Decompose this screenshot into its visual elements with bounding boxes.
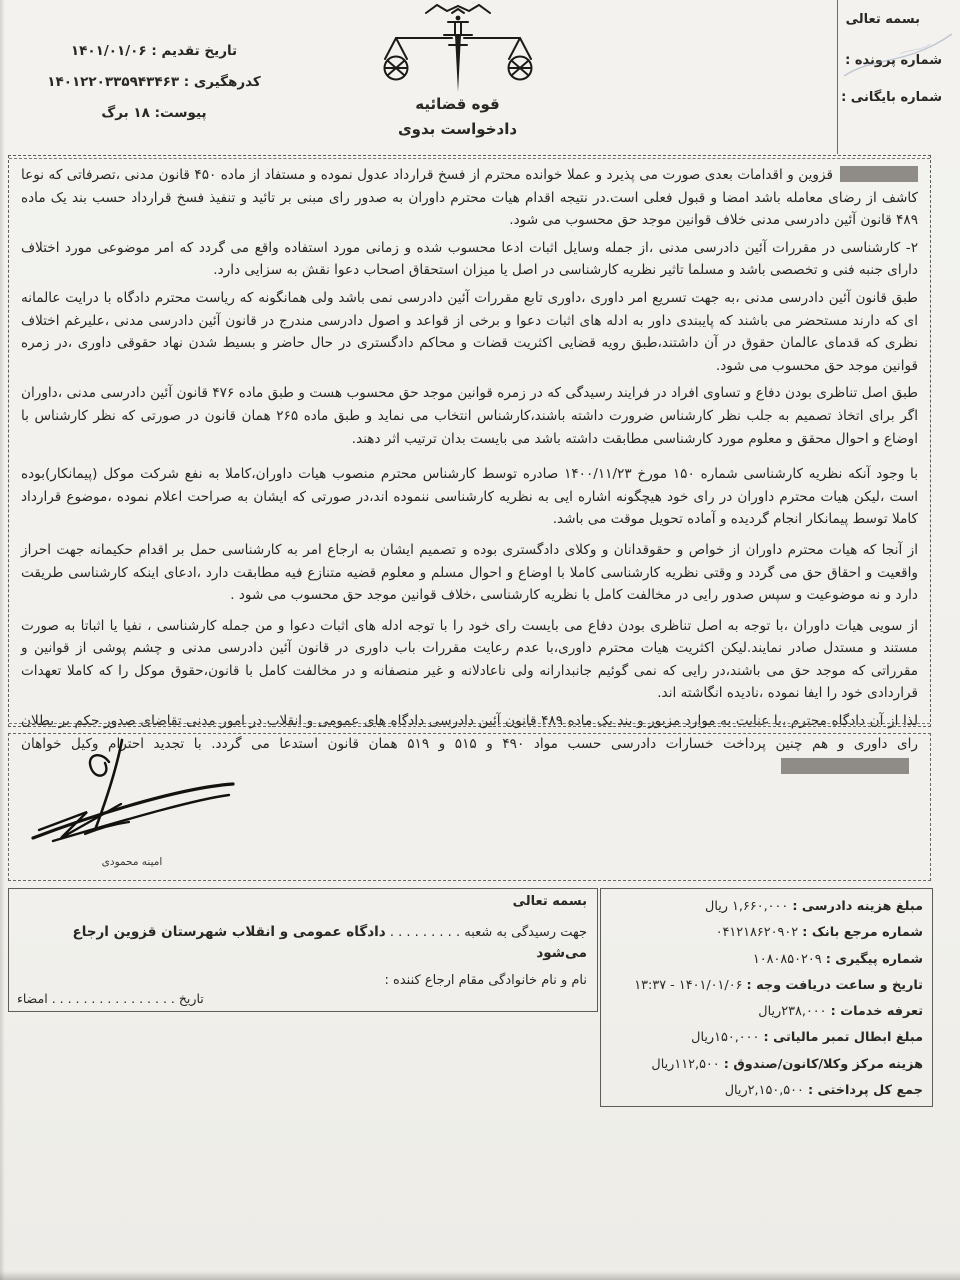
body-paragraph-text: طبق قانون آئین دادرسی مدنی ،به جهت تسریع…	[21, 290, 918, 374]
bismillah-text: بسمه تعالی	[838, 0, 960, 27]
fee-row: تعرفه خدمات : ۲۳۸,۰۰۰ریال	[607, 999, 923, 1025]
body-paragraph-text: از آنجا که هیات محترم داوران از خواص و ح…	[21, 542, 918, 603]
fee-label: مبلغ هزینه دادرسی :	[792, 899, 923, 914]
referral-prefix: جهت رسیدگی به شعبه	[464, 925, 587, 940]
signature-box: امینه محمودی	[8, 733, 931, 881]
submission-date: تاریخ تقدیم : ۱۴۰۱/۰۱/۰۶	[8, 36, 300, 67]
fee-label: مبلغ ابطال تمبر مالیاتی :	[764, 1030, 924, 1045]
date-label: تاریخ	[179, 991, 204, 1006]
fee-label: تاریخ و ساعت دریافت وجه :	[747, 978, 923, 993]
fee-value: ۲۳۸,۰۰۰ریال	[758, 1004, 826, 1019]
body-paragraph-text: با وجود آنکه نظریه کارشناسی شماره ۱۵۰ مو…	[21, 466, 918, 527]
fee-value: ۱۰۸۰۸۵۰۲۰۹	[753, 952, 822, 967]
body-paragraph-text: ۲- کارشناسی در مقررات آئین دادرسی مدنی ،…	[21, 240, 918, 279]
fee-row: شماره مرجع بانک : ۰۴۱۲۱۸۶۲۰۹۰۲	[607, 920, 923, 946]
header-center: قوه قضائیه دادخواست بدوی	[365, 0, 550, 138]
petition-body-box: قزوین و اقدامات بعدی صورت می پذیرد و عمل…	[8, 155, 931, 727]
fee-label: تعرفه خدمات :	[831, 1004, 923, 1019]
referral-line: جهت رسیدگی به شعبه . . . . . . . . . داد…	[19, 922, 587, 964]
scanned-petition-page: بسمه تعالی شماره پرونده : شماره بایگانی …	[0, 0, 960, 1280]
fees-box: مبلغ هزینه دادرسی : ۱,۶۶۰,۰۰۰ ریال شماره…	[600, 888, 933, 1107]
body-paragraph-text: قزوین و اقدامات بعدی صورت می پذیرد و عمل…	[21, 167, 918, 228]
judiciary-scales-emblem-icon	[378, 2, 538, 94]
body-paragraph-7: از سویی هیات داوران ،با توجه به اصل تناظ…	[21, 615, 918, 705]
header-left-column: تاریخ تقدیم : ۱۴۰۱/۰۱/۰۶ کدرهگیری : ۱۴۰۱…	[8, 36, 300, 129]
body-paragraph-3: طبق قانون آئین دادرسی مدنی ،به جهت تسریع…	[21, 287, 918, 377]
branch-blank-dots: . . . . . . . . .	[390, 925, 460, 940]
body-paragraph-2: ۲- کارشناسی در مقررات آئین دادرسی مدنی ،…	[21, 237, 918, 282]
fee-value: ۲,۱۵۰,۵۰۰ریال	[725, 1083, 804, 1098]
fee-label: شماره پیگیری :	[826, 952, 923, 967]
body-paragraph-text: طبق اصل تناظری بودن دفاع و تساوی افراد د…	[21, 385, 918, 446]
tracking-code: کدرهگیری : ۱۴۰۱۲۲۰۳۳۵۹۴۳۴۶۳	[8, 67, 300, 98]
fee-row: شماره پیگیری : ۱۰۸۰۸۵۰۲۰۹	[607, 947, 923, 973]
referral-bismillah: بسمه تعالی	[513, 894, 587, 909]
fee-row: تاریخ و ساعت دریافت وجه : ۱۴۰۱/۰۱/۰۶ - ۱…	[607, 973, 923, 999]
pen-scribble-mark	[840, 26, 958, 84]
fee-value: ۰۴۱۲۱۸۶۲۰۹۰۲	[716, 925, 798, 940]
body-paragraph-5: با وجود آنکه نظریه کارشناسی شماره ۱۵۰ مو…	[21, 463, 918, 531]
referrer-name-label: نام و نام خانوادگی مقام ارجاع کننده :	[385, 973, 587, 988]
scan-edge-shadow-bottom	[0, 1271, 960, 1280]
body-paragraph-4: طبق اصل تناظری بودن دفاع و تساوی افراد د…	[21, 382, 918, 450]
fee-row: مبلغ هزینه دادرسی : ۱,۶۶۰,۰۰۰ ریال	[607, 894, 923, 920]
signature-label: امضاء	[17, 991, 48, 1006]
redaction-box	[840, 166, 918, 182]
judiciary-title: قوه قضائیه	[365, 95, 550, 113]
fee-value: ۱۴۰۱/۰۱/۰۶ - ۱۳:۳۷	[634, 978, 742, 993]
fee-value: ۱۱۲,۵۰۰ریال	[651, 1057, 719, 1072]
fee-label: شماره مرجع بانک :	[802, 925, 923, 940]
fee-label: جمع کل پرداختی :	[808, 1083, 923, 1098]
body-paragraph-1: قزوین و اقدامات بعدی صورت می پذیرد و عمل…	[21, 164, 918, 232]
fee-row: جمع کل پرداختی : ۲,۱۵۰,۵۰۰ریال	[607, 1078, 923, 1104]
referral-box: بسمه تعالی جهت رسیدگی به شعبه . . . . . …	[8, 888, 598, 1012]
signatory-name: امینه محمودی	[67, 856, 197, 868]
fee-row: مبلغ ابطال تمبر مالیاتی : ۱۵۰,۰۰۰ریال	[607, 1025, 923, 1051]
attachments-count: پیوست: ۱۸ برگ	[8, 98, 300, 129]
date-signature-line: تاریخ . . . . . . . . . . . . . . . . ام…	[17, 991, 204, 1006]
handwritten-signature	[25, 738, 245, 856]
date-blank-dots: . . . . . . . . . . . . . . . .	[52, 991, 175, 1006]
fee-value: ۱,۶۶۰,۰۰۰ ریال	[705, 899, 788, 914]
form-title: دادخواست بدوی	[365, 120, 550, 138]
fee-label: هزینه مرکز وکلا/کانون/صندوق :	[724, 1057, 923, 1072]
header-right-column: بسمه تعالی شماره پرونده : شماره بایگانی …	[837, 0, 960, 154]
scan-edge-shadow-left	[0, 0, 5, 1280]
fee-value: ۱۵۰,۰۰۰ریال	[691, 1030, 759, 1045]
body-paragraph-6: از آنجا که هیات محترم داوران از خواص و ح…	[21, 539, 918, 607]
body-paragraph-text: از سویی هیات داوران ،با توجه به اصل تناظ…	[21, 618, 918, 702]
fee-row: هزینه مرکز وکلا/کانون/صندوق : ۱۱۲,۵۰۰ریا…	[607, 1052, 923, 1078]
